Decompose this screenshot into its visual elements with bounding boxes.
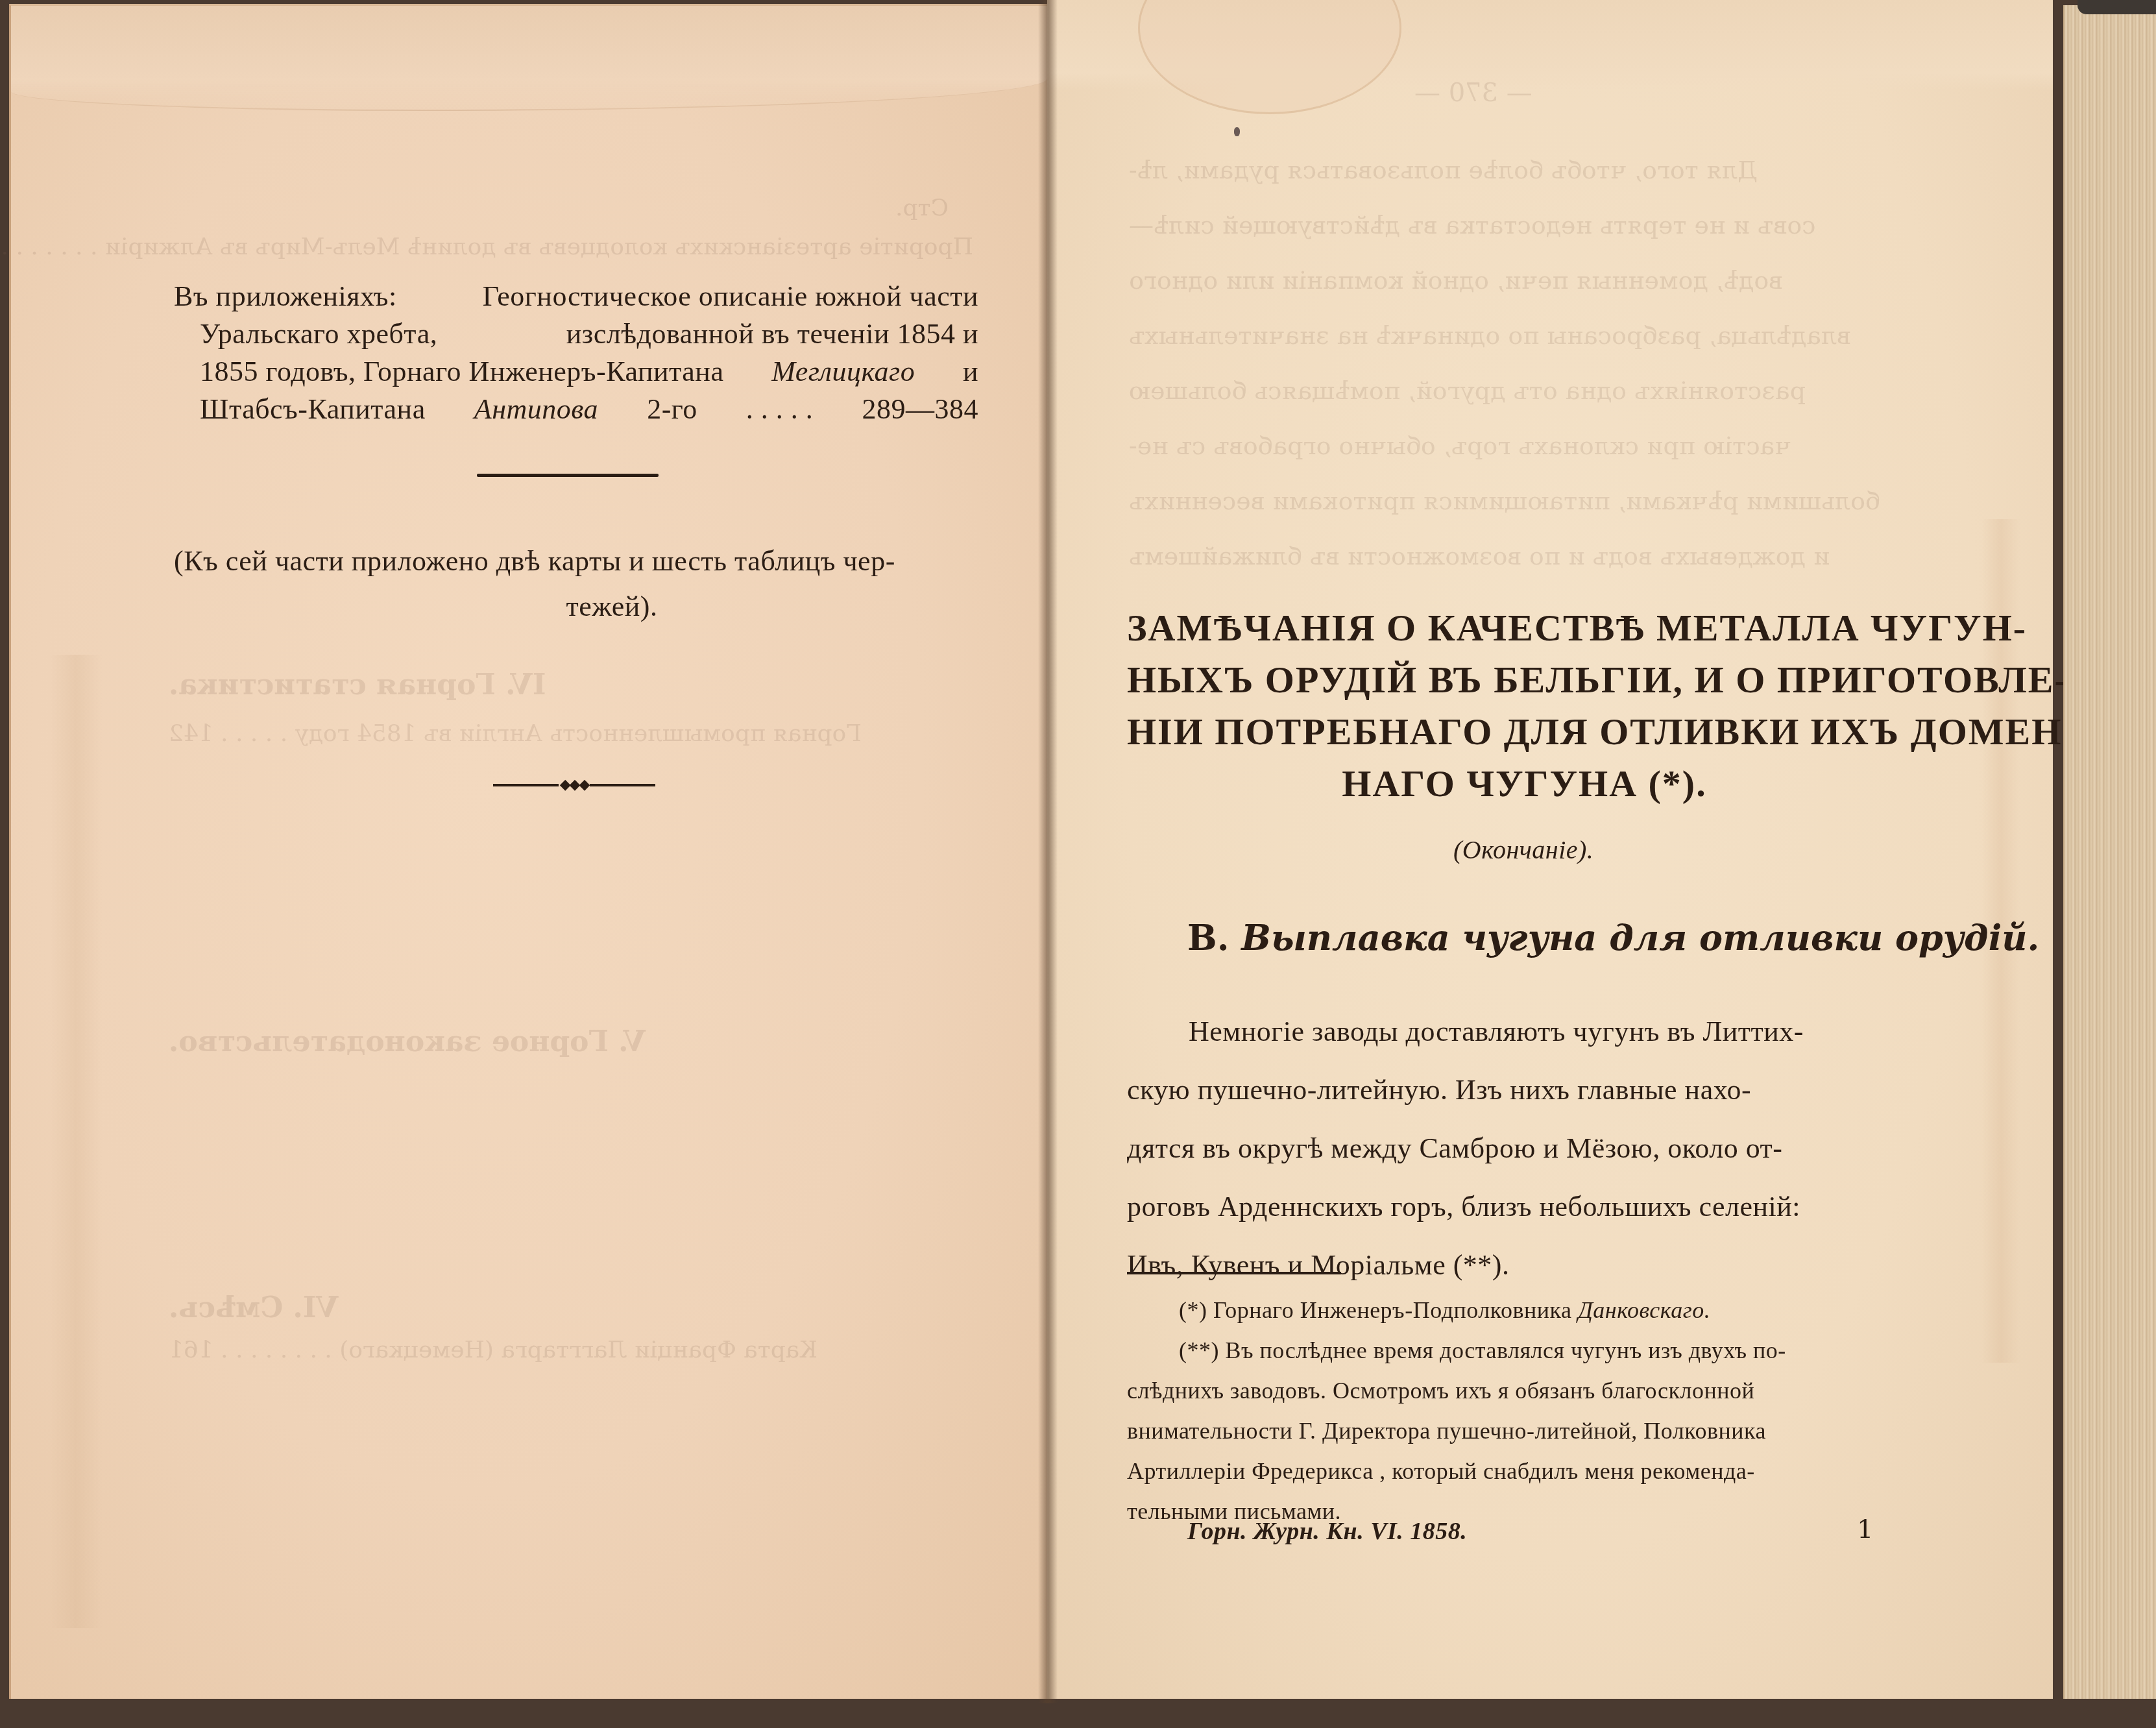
attachments-note: (Къ сей части приложено двѣ карты и шест… [174,539,978,629]
footnote-author: Данковскаго. [1578,1290,1710,1330]
footnotes: (*) Горнаго Инженеръ-Подполковника Данко… [1127,1290,1922,1531]
ornament-divider: ◆◆◆ [493,779,655,792]
water-stain-vertical [50,655,102,1628]
water-stain [11,6,1047,111]
book-cover-edge [2077,0,2156,14]
ornament-bar [590,784,655,786]
note-line: (Къ сей части приложено двѣ карты и шест… [174,539,895,584]
body-line: дятся въ округѣ между Самброю и Мёзою, о… [1127,1119,1782,1178]
author-name-megl: Меглицкаго [771,353,915,391]
divider-rule [477,474,659,477]
background-surface [0,1699,2156,1728]
appendix-text: Геогностическое описаніе южной части [483,278,978,315]
title-line: ЗАМѢЧАНІЯ О КАЧЕСТВѢ МЕТАЛЛА ЧУГУН- [1127,602,2027,654]
page-number: 1 [1857,1513,1873,1546]
note-line: тежей). [566,590,658,622]
author-name-antipov: Антипова [474,391,598,428]
footnote-1: (*) Горнаго Инженеръ-Подполковника Данко… [1127,1290,1922,1330]
footnote-2: (**) Въ послѣднее время доставлялся чугу… [1127,1330,1922,1370]
appendix-text: 2-го [647,391,697,428]
title-line: НЫХЪ ОРУДІЙ ВЪ БЕЛЬГІИ, И О ПРИГОТОВЛЕ- [1127,654,2068,706]
ornament-bar [493,784,559,786]
body-line: Ивъ, Кувенъ и Моріальме (**). [1127,1236,1510,1295]
book-gutter [1038,0,1058,1703]
footnote-text: (**) Въ послѣднее время доставлялся чугу… [1179,1330,1786,1370]
ornament-beads-icon: ◆◆◆ [559,779,590,792]
title-line: НАГО ЧУГУНА (*). [1342,758,1706,810]
footnote-text: (*) Горнаго Инженеръ-Подполковника [1179,1290,1571,1330]
title-line: НІИ ПОТРЕБНАГО ДЛЯ ОТЛИВКИ ИХЪ ДОМЕН- [1127,706,2076,758]
body-paragraph: Немногіе заводы доставляютъ чугунъ въ Ли… [1127,1003,1922,1295]
appendix-text: изслѣдованной въ теченіи 1854 и [566,315,978,353]
appendix-entry: Въ приложеніяхъ: Геогностическое описані… [174,278,978,428]
appendix-text: 1855 годовъ, Горнаго Инженеръ-Капитана [200,353,723,391]
section-title: Выплавка чугуна для отливки орудій. [1241,917,2039,958]
appendix-text: и [963,353,978,391]
footnote-rule [1127,1272,1341,1274]
journal-signature: Горн. Журн. Кн. VI. 1858. [1187,1515,1467,1548]
footnote-text: Артиллеріи Фредерикса , который снабдилъ… [1127,1451,1755,1491]
body-line: скую пушечно-литейную. Изъ нихъ главные … [1127,1061,1751,1119]
appendix-text: Уральскаго хребта, [200,315,437,353]
paper-speck [1234,127,1240,136]
page-range: 289—384 [862,391,978,428]
appendix-label: Въ приложеніяхъ: [174,278,397,315]
section-letter: В. [1187,917,1229,958]
water-stain-circle [1138,0,1401,114]
book-spread: Стр. Проритіе артезіанскихъ колодцевъ въ… [0,0,2156,1728]
body-line: роговъ Арденнскихъ горъ, близъ небольших… [1127,1178,1800,1236]
footnote-text: слѣднихъ заводовъ. Осмотромъ ихъ я обяза… [1127,1370,1754,1411]
left-page [9,4,1047,1701]
page-edge-stack [2063,5,2156,1709]
appendix-text: Штабсъ-Капитана [200,391,426,428]
footnote-text: внимательности Г. Директора пушечно-лите… [1127,1411,1766,1451]
article-title: ЗАМѢЧАНІЯ О КАЧЕСТВѢ МЕТАЛЛА ЧУГУН- НЫХЪ… [1127,602,1922,810]
leader-dots: . . . . . [746,391,814,428]
section-heading: В. Выплавка чугуна для отливки орудій. [1187,915,2039,960]
body-line: Немногіе заводы доставляютъ чугунъ въ Ли… [1189,1003,1804,1061]
article-subtitle: (Окончаніе). [1453,831,1593,870]
